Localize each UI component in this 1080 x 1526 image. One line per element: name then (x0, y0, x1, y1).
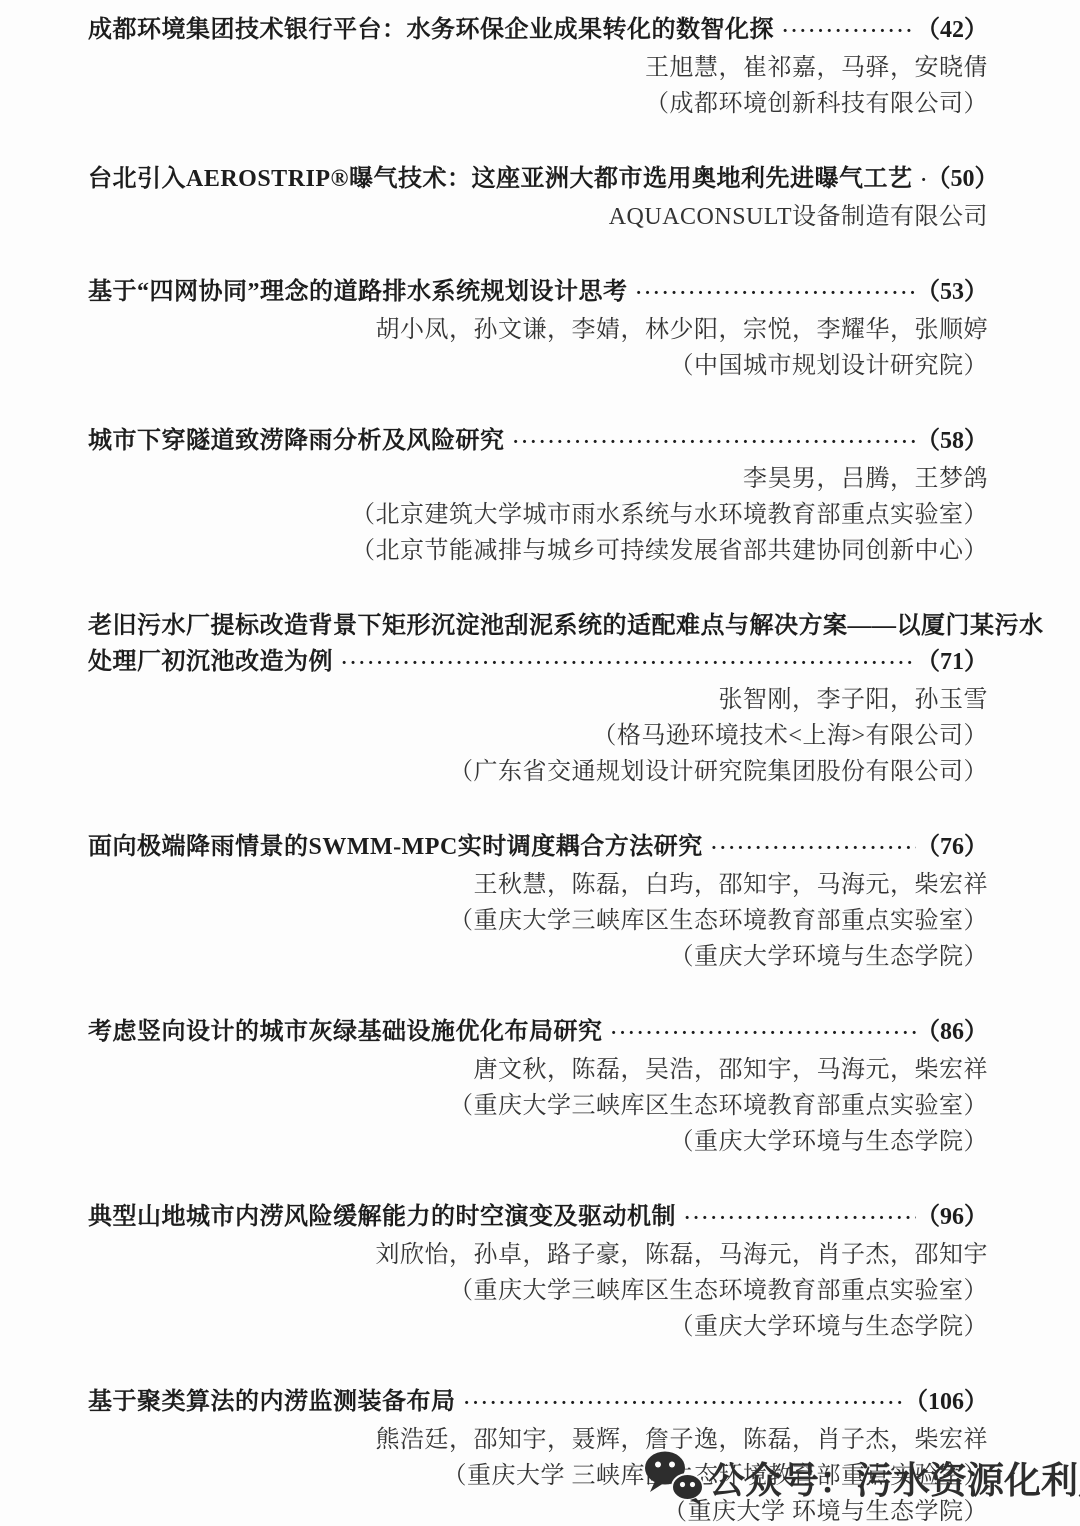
toc-entry: 典型山地城市内涝风险缓解能力的时空演变及驱动机制················… (88, 1199, 988, 1345)
official-account-watermark: 公众号：污水资源化利用 (642, 1448, 1080, 1506)
entry-title-row: 成都环境集团技术银行平台：水务环保企业成果转化的数智化探············… (88, 12, 988, 50)
entry-page-number: （106） (904, 1384, 988, 1420)
entry-title-row: 面向极端降雨情景的SWMM-MPC实时调度耦合方法研究·············… (88, 829, 988, 867)
entry-affiliation: （重庆大学三峡库区生态环境教育部重点实验室） (88, 903, 988, 939)
entry-title: 台北引入AEROSTRIP®曝气技术：这座亚洲大都市选用奥地利先进曝气工艺 (88, 161, 912, 197)
dot-leader: ········································… (456, 1386, 905, 1422)
entry-title: 面向极端降雨情景的SWMM-MPC实时调度耦合方法研究 (88, 829, 703, 865)
entry-affiliation: AQUACONSULT设备制造有限公司 (88, 199, 988, 235)
entry-title-row: 处理厂初沉池改造为例······························… (88, 644, 988, 682)
wechat-icon (642, 1448, 706, 1506)
entry-affiliation: （重庆大学三峡库区生态环境教育部重点实验室） (88, 1273, 988, 1309)
entry-affiliation: （北京建筑大学城市雨水系统与水环境教育部重点实验室） (88, 497, 988, 533)
toc-entry: 老旧污水厂提标改造背景下矩形沉淀池刮泥系统的适配难点与解决方案——以厦门某污水处… (88, 608, 988, 790)
entry-title-row: 城市下穿隧道致涝降雨分析及风险研究·······················… (88, 423, 988, 461)
toc-list: 成都环境集团技术银行平台：水务环保企业成果转化的数智化探············… (0, 0, 1080, 1526)
entry-authors: 王旭慧，崔祁嘉，马驿，安晓倩 (88, 50, 988, 86)
entry-page-number: （86） (916, 1014, 988, 1050)
entry-page-number: （50） (926, 161, 998, 197)
entry-page-number: （53） (916, 274, 988, 310)
entry-authors: 李昊男，吕腾，王梦鸽 (88, 461, 988, 497)
watermark-text: 公众号：污水资源化利用 (708, 1450, 1080, 1504)
toc-entry: 考虑竖向设计的城市灰绿基础设施优化布局研究···················… (88, 1014, 988, 1160)
entry-affiliation: （重庆大学环境与生态学院） (88, 1309, 988, 1345)
toc-entry: 城市下穿隧道致涝降雨分析及风险研究·······················… (88, 423, 988, 569)
entry-affiliation: （成都环境创新科技有限公司） (88, 86, 988, 122)
entry-affiliation: （重庆大学三峡库区生态环境教育部重点实验室） (88, 1088, 988, 1124)
entry-affiliation: （格马逊环境技术<上海>有限公司） (88, 718, 988, 754)
dot-leader: ········································… (774, 14, 916, 50)
entry-authors: 唐文秋，陈磊，吴浩，邵知宇，马海元，柴宏祥 (88, 1052, 988, 1088)
entry-affiliation: （广东省交通规划设计研究院集团股份有限公司） (88, 754, 988, 790)
entry-authors: 胡小凤，孙文谦，李婧，林少阳，宗悦，李耀华，张顺婷 (88, 312, 988, 348)
dot-leader: ········································… (676, 1201, 916, 1237)
entry-page-number: （71） (916, 644, 988, 680)
entry-page-number: （42） (916, 12, 988, 48)
entry-title-line: 老旧污水厂提标改造背景下矩形沉淀池刮泥系统的适配难点与解决方案——以厦门某污水 (88, 608, 988, 644)
entry-authors: 王秋慧，陈磊，白玙，邵知宇，马海元，柴宏祥 (88, 867, 988, 903)
toc-entry: 基于“四网协同”理念的道路排水系统规划设计思考·················… (88, 274, 988, 384)
entry-title: 成都环境集团技术银行平台：水务环保企业成果转化的数智化探 (88, 12, 774, 48)
entry-title: 基于聚类算法的内涝监测装备布局 (88, 1384, 456, 1420)
entry-page-number: （96） (916, 1199, 988, 1235)
toc-entry: 成都环境集团技术银行平台：水务环保企业成果转化的数智化探············… (88, 12, 988, 122)
entry-title-row: 典型山地城市内涝风险缓解能力的时空演变及驱动机制················… (88, 1199, 988, 1237)
entry-title: 考虑竖向设计的城市灰绿基础设施优化布局研究 (88, 1014, 603, 1050)
toc-page: 成都环境集团技术银行平台：水务环保企业成果转化的数智化探············… (0, 0, 1080, 1526)
dot-leader: ········································… (333, 646, 916, 682)
entry-authors: 刘欣怡，孙卓，路子豪，陈磊，马海元，肖子杰，邵知宇 (88, 1237, 988, 1273)
entry-title-row: 考虑竖向设计的城市灰绿基础设施优化布局研究···················… (88, 1014, 988, 1052)
entry-authors: 张智刚，李子阳，孙玉雪 (88, 682, 988, 718)
entry-affiliation: （北京节能减排与城乡可持续发展省部共建协同创新中心） (88, 533, 988, 569)
dot-leader: ········································… (603, 1016, 917, 1052)
entry-title: 基于“四网协同”理念的道路排水系统规划设计思考 (88, 274, 628, 310)
entry-affiliation: （中国城市规划设计研究院） (88, 348, 988, 384)
entry-page-number: （76） (916, 829, 988, 865)
dot-leader: ········································… (703, 831, 916, 867)
toc-entry: 台北引入AEROSTRIP®曝气技术：这座亚洲大都市选用奥地利先进曝气工艺···… (88, 161, 988, 235)
entry-title: 城市下穿隧道致涝降雨分析及风险研究 (88, 423, 505, 459)
dot-leader: ········································… (505, 425, 917, 461)
entry-affiliation: （重庆大学环境与生态学院） (88, 1124, 988, 1160)
dot-leader: ········································… (628, 276, 917, 312)
entry-title: 处理厂初沉池改造为例 (88, 644, 333, 680)
dot-leader: ········································… (912, 163, 926, 199)
entry-title-row: 基于“四网协同”理念的道路排水系统规划设计思考·················… (88, 274, 988, 312)
entry-affiliation: （重庆大学环境与生态学院） (88, 939, 988, 975)
entry-page-number: （58） (916, 423, 988, 459)
entry-title-row: 台北引入AEROSTRIP®曝气技术：这座亚洲大都市选用奥地利先进曝气工艺···… (88, 161, 988, 199)
entry-title-row: 基于聚类算法的内涝监测装备布局·························… (88, 1384, 988, 1422)
toc-entry: 面向极端降雨情景的SWMM-MPC实时调度耦合方法研究·············… (88, 829, 988, 975)
entry-title: 典型山地城市内涝风险缓解能力的时空演变及驱动机制 (88, 1199, 676, 1235)
